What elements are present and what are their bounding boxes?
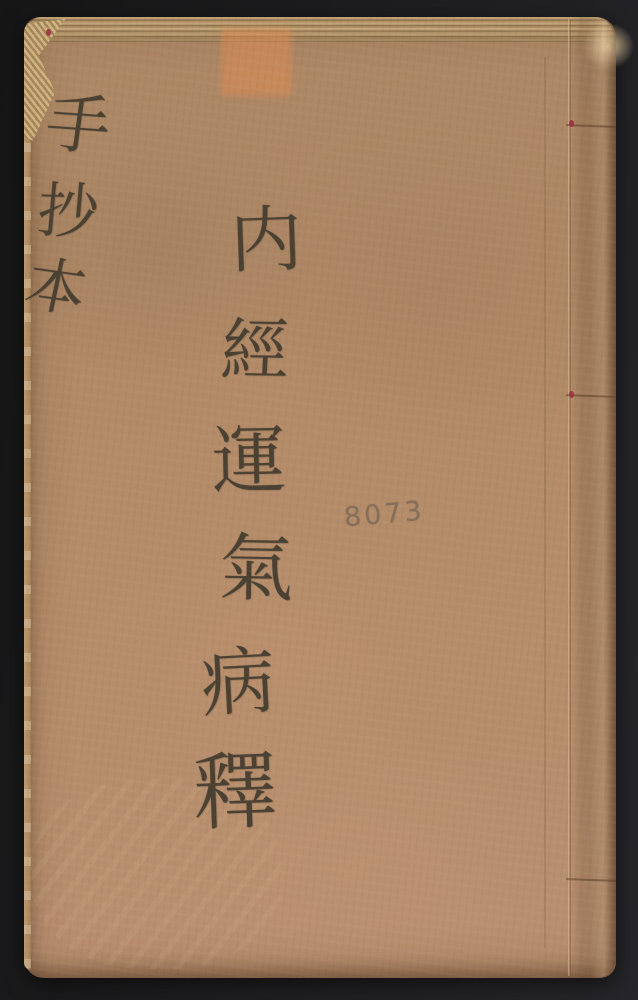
page-edges-top <box>26 17 614 42</box>
spine-crease-line <box>568 19 571 976</box>
book-cover <box>24 17 616 978</box>
faint-crease-line <box>544 57 546 948</box>
stitch-thread-dot <box>46 29 51 36</box>
photo-backdrop: 内 經 運 氣 病 釋 手 抄 本 8073 <box>0 0 638 1000</box>
tape-residue-patch <box>221 28 292 96</box>
stitch-thread-dot <box>569 120 574 127</box>
spine-fold-band <box>572 17 616 978</box>
scuff-marks-bottom-left <box>32 779 282 969</box>
stitch-thread-dot <box>569 391 574 398</box>
frayed-left-edge <box>24 41 31 970</box>
